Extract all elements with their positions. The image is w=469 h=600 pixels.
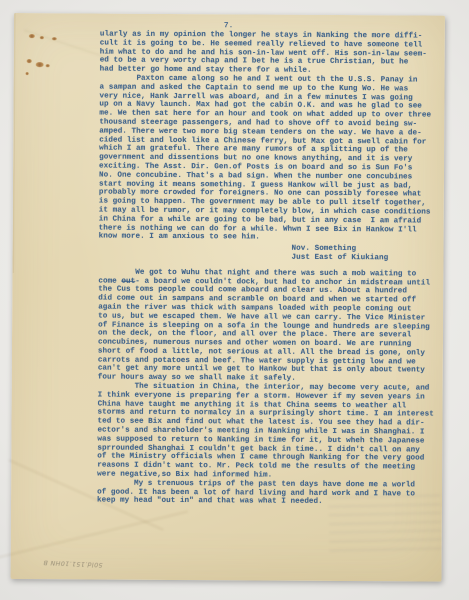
page-number: 7. [224, 22, 233, 30]
rust-stain [27, 59, 32, 63]
paragraph-3: We got to Wuhu that night and there was … [98, 268, 447, 384]
rust-stain [40, 36, 44, 39]
pencil-annotation: 50ld.151.10HN B [17, 558, 103, 569]
signature-block: Nov. Something Just East of Kiukiang [291, 245, 446, 264]
paragraph-3-text: - a board we couldn't dock, but had to a… [98, 277, 430, 383]
letter-body: ularly as in my opinion the longer he st… [97, 31, 448, 508]
rust-stain [29, 34, 35, 38]
paper-crease [12, 13, 16, 273]
paper-crease [24, 29, 110, 59]
paragraph-1: ularly as in my opinion the longer he st… [100, 31, 448, 77]
signature-place: Just East of Kiukiang [291, 254, 388, 263]
signature-date: Nov. Something [292, 245, 357, 253]
letter-page: 7. ularly as in my opinion the longer he… [11, 13, 445, 582]
rust-stain [46, 64, 50, 67]
paragraph-4: The situation in China, the interior, ma… [97, 383, 446, 482]
rust-stain [36, 62, 44, 67]
rust-stain [52, 37, 57, 40]
paragraph-2: Paxton came along so he and I went out t… [99, 75, 448, 244]
rust-stain [26, 72, 29, 75]
struck-word: out [121, 277, 135, 285]
paper-crease [0, 510, 188, 560]
paragraph-5: My s trenuous trips of the past ten days… [97, 479, 445, 508]
